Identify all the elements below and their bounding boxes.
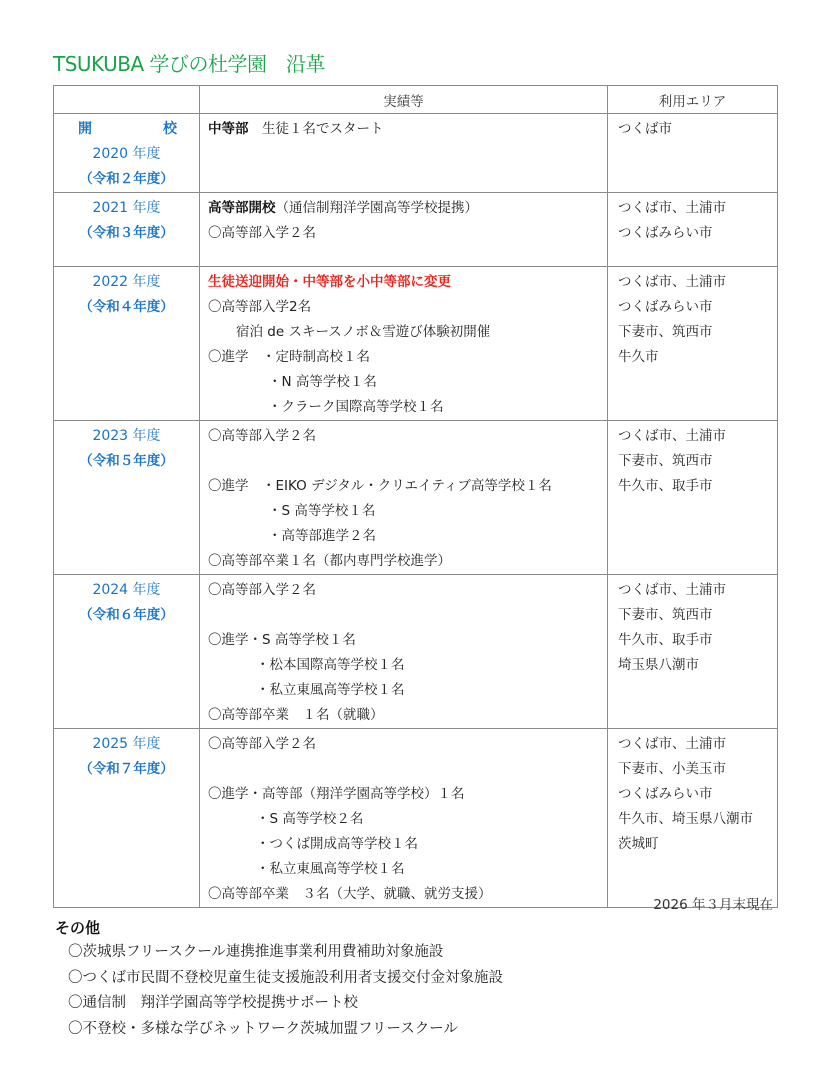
fiscal-year: 2022 年度 — [54, 270, 199, 295]
area-item: 下妻市、筑西市 — [618, 603, 777, 628]
year-cell: 開 校 2020 年度 （令和２年度） — [54, 114, 200, 193]
area-item: 牛久市、埼玉県八潮市 — [618, 807, 777, 832]
table-row: 2025 年度 （令和７年度） 〇高等部入学２名 〇進学・高等部（翔洋学園高等学… — [54, 729, 778, 908]
achievement-line: ・私立東風高等学校１名 — [208, 857, 607, 882]
area-cell: つくば市、土浦市 下妻市、筑西市 牛久市、取手市 埼玉県八潮市 — [608, 575, 778, 729]
year-cell: 2021 年度 （令和３年度） — [54, 193, 200, 267]
area-item: つくば市、土浦市 — [618, 196, 777, 221]
fiscal-year: 2025 年度 — [54, 732, 199, 757]
achievement-text: 生徒１名でスタート — [249, 121, 384, 137]
area-item: つくばみらい市 — [618, 295, 777, 320]
achievements-cell: 中等部 生徒１名でスタート — [200, 114, 608, 193]
area-item: 下妻市、筑西市 — [618, 320, 777, 345]
achievement-line: ・私立東風高等学校１名 — [208, 678, 607, 703]
achievement-line — [208, 757, 607, 782]
achievement-line: 〇高等部入学２名 — [208, 578, 607, 603]
area-item: 牛久市、取手市 — [618, 474, 777, 499]
achievement-line: ・松本国際高等学校１名 — [208, 653, 607, 678]
achievement-text: （通信制翔洋学園高等学校提携） — [276, 200, 479, 216]
table-row: 2021 年度 （令和３年度） 高等部開校（通信制翔洋学園高等学校提携） 〇高等… — [54, 193, 778, 267]
era-year: （令和２年度） — [54, 167, 199, 192]
achievements-cell: 生徒送迎開始・中等部を小中等部に変更 〇高等部入学2名 宿泊 de スキースノボ… — [200, 267, 608, 421]
other-item: 〇茨城県フリースクール連携推進事業利用費補助対象施設 — [68, 940, 503, 966]
area-item: つくばみらい市 — [618, 782, 777, 807]
as-of-date: 2026 年３月末現在 — [653, 893, 773, 913]
area-item: 下妻市、小美玉市 — [618, 757, 777, 782]
other-item: 〇通信制 翔洋学園高等学校提携サポート校 — [68, 991, 503, 1017]
achievements-cell: 〇高等部入学２名 〇進学 ・EIKO デジタル・クリエイティブ高等学校１名 ・S… — [200, 421, 608, 575]
achievement-line: 〇高等部入学２名 — [208, 732, 607, 757]
achievement-line: 〇進学 ・EIKO デジタル・クリエイティブ高等学校１名 — [208, 474, 607, 499]
achievement-line: 〇高等部卒業１名（都内専門学校進学） — [208, 549, 607, 574]
achievement-line: 〇高等部入学２名 — [208, 221, 607, 246]
achievement-line: 〇進学・高等部（翔洋学園高等学校）１名 — [208, 782, 607, 807]
achievement-line: 〇進学・S 高等学校１名 — [208, 628, 607, 653]
area-item: 牛久市、取手市 — [618, 628, 777, 653]
fiscal-year: 2020 年度 — [54, 142, 199, 167]
area-item: 牛久市 — [618, 345, 777, 370]
achievements-cell: 〇高等部入学２名 〇進学・高等部（翔洋学園高等学校）１名 ・S 高等学校２名 ・… — [200, 729, 608, 908]
opening-char-2: 校 — [163, 117, 177, 142]
achievement-line — [208, 449, 607, 474]
other-item: 〇不登校・多様な学びネットワーク茨城加盟フリースクール — [68, 1017, 503, 1043]
achievement-line: ・S 高等学校１名 — [208, 499, 607, 524]
area-item: つくばみらい市 — [618, 221, 777, 246]
era-year: （令和５年度） — [54, 449, 199, 474]
era-year: （令和３年度） — [54, 221, 199, 246]
achievement-line: 宿泊 de スキースノボ＆雪遊び体験初開催 — [208, 320, 607, 345]
area-item: 埼玉県八潮市 — [618, 653, 777, 678]
table-row: 開 校 2020 年度 （令和２年度） 中等部 生徒１名でスタート つくば市 — [54, 114, 778, 193]
header-year — [54, 86, 200, 114]
achievement-highlight: 生徒送迎開始・中等部を小中等部に変更 — [208, 270, 607, 295]
achievement-line: 〇高等部卒業 １名（就職） — [208, 703, 607, 728]
table-row: 2024 年度 （令和６年度） 〇高等部入学２名 〇進学・S 高等学校１名 ・松… — [54, 575, 778, 729]
area-item: つくば市、土浦市 — [618, 270, 777, 295]
achievement-line: 〇高等部卒業 ３名（大学、就職、就労支援） — [208, 882, 607, 907]
year-cell: 2024 年度 （令和６年度） — [54, 575, 200, 729]
fiscal-year: 2023 年度 — [54, 424, 199, 449]
table-header-row: 実績等 利用エリア — [54, 86, 778, 114]
year-cell: 2023 年度 （令和５年度） — [54, 421, 200, 575]
achievement-line: 高等部開校（通信制翔洋学園高等学校提携） — [208, 196, 607, 221]
fiscal-year: 2024 年度 — [54, 578, 199, 603]
opening-label: 開 校 — [54, 117, 199, 142]
achievement-line: ・N 高等学校１名 — [208, 370, 607, 395]
era-year: （令和４年度） — [54, 295, 199, 320]
area-item: 茨城町 — [618, 832, 777, 857]
page-title: TSUKUBA 学びの杜学園 沿革 — [53, 48, 325, 77]
achievement-line: 〇高等部入学2名 — [208, 295, 607, 320]
year-cell: 2025 年度 （令和７年度） — [54, 729, 200, 908]
area-item: つくば市 — [618, 117, 777, 142]
year-cell: 2022 年度 （令和４年度） — [54, 267, 200, 421]
area-cell: つくば市、土浦市 下妻市、小美玉市 つくばみらい市 牛久市、埼玉県八潮市 茨城町 — [608, 729, 778, 908]
area-item: つくば市、土浦市 — [618, 424, 777, 449]
achievements-cell: 高等部開校（通信制翔洋学園高等学校提携） 〇高等部入学２名 — [200, 193, 608, 267]
header-achievements: 実績等 — [200, 86, 608, 114]
era-year: （令和６年度） — [54, 603, 199, 628]
table-row: 2023 年度 （令和５年度） 〇高等部入学２名 〇進学 ・EIKO デジタル・… — [54, 421, 778, 575]
achievement-line — [208, 603, 607, 628]
area-item: 下妻市、筑西市 — [618, 449, 777, 474]
area-cell: つくば市、土浦市 つくばみらい市 下妻市、筑西市 牛久市 — [608, 267, 778, 421]
area-cell: つくば市、土浦市 下妻市、筑西市 牛久市、取手市 — [608, 421, 778, 575]
area-item: つくば市、土浦市 — [618, 732, 777, 757]
era-year: （令和７年度） — [54, 757, 199, 782]
achievement-line: 中等部 生徒１名でスタート — [208, 117, 607, 142]
achievement-line: ・高等部進学２名 — [208, 524, 607, 549]
achievement-line: 〇高等部入学２名 — [208, 424, 607, 449]
table-row: 2022 年度 （令和４年度） 生徒送迎開始・中等部を小中等部に変更 〇高等部入… — [54, 267, 778, 421]
achievements-cell: 〇高等部入学２名 〇進学・S 高等学校１名 ・松本国際高等学校１名 ・私立東風高… — [200, 575, 608, 729]
header-area: 利用エリア — [608, 86, 778, 114]
other-list: 〇茨城県フリースクール連携推進事業利用費補助対象施設 〇つくば市民間不登校児童生… — [68, 940, 503, 1042]
history-table: 実績等 利用エリア 開 校 2020 年度 （令和２年度） 中等部 生徒１名でス… — [53, 85, 778, 908]
achievement-line: 〇進学 ・定時制高校１名 — [208, 345, 607, 370]
opening-char-1: 開 — [78, 117, 92, 142]
fiscal-year: 2021 年度 — [54, 196, 199, 221]
achievement-bold: 中等部 — [208, 121, 249, 137]
achievement-line: ・クラーク国際高等学校１名 — [208, 395, 607, 420]
achievement-line: ・つくば開成高等学校１名 — [208, 832, 607, 857]
other-heading: その他 — [55, 917, 100, 938]
other-item: 〇つくば市民間不登校児童生徒支援施設利用者支援交付金対象施設 — [68, 966, 503, 992]
achievement-bold: 高等部開校 — [208, 200, 276, 216]
area-cell: つくば市、土浦市 つくばみらい市 — [608, 193, 778, 267]
area-item: つくば市、土浦市 — [618, 578, 777, 603]
area-cell: つくば市 — [608, 114, 778, 193]
achievement-line: ・S 高等学校２名 — [208, 807, 607, 832]
